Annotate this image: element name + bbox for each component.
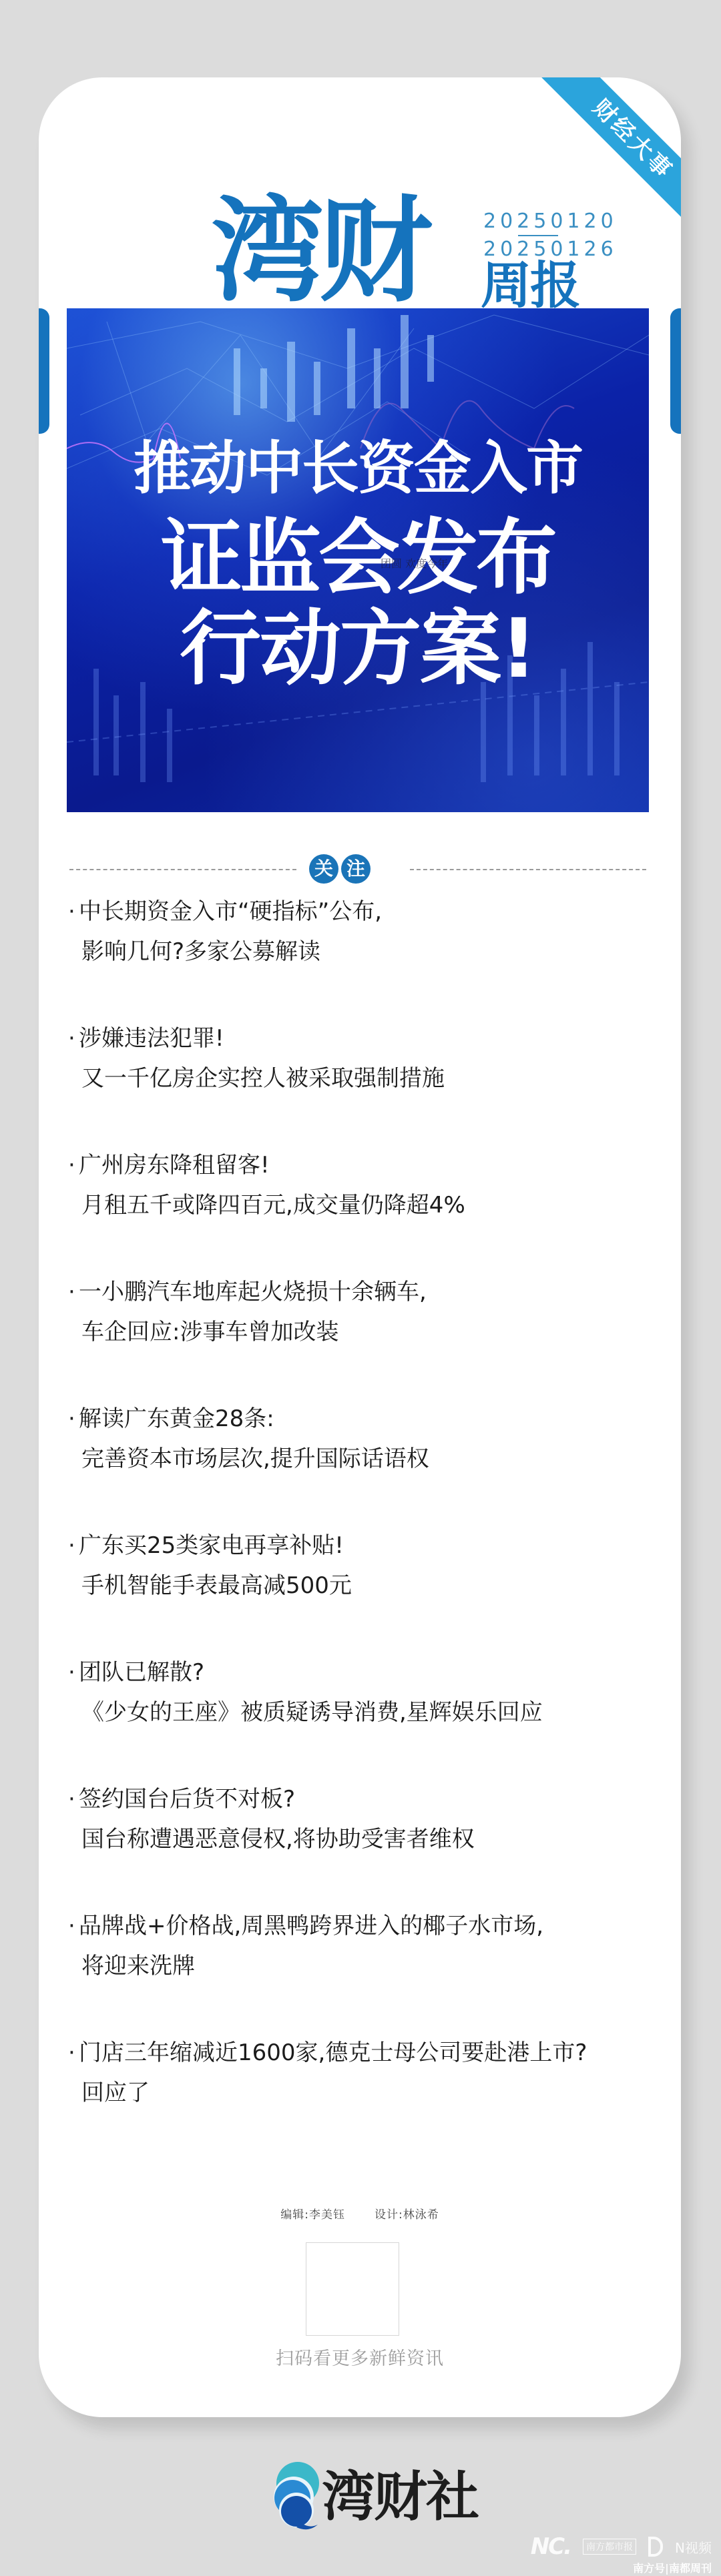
section-divider-right xyxy=(410,869,646,870)
bullet-dot-icon: · xyxy=(68,2035,75,2070)
section-badge-char: 关 xyxy=(309,854,338,884)
corner-ribbon: 财经大事 xyxy=(534,77,681,224)
nc-name: 南方都市报 xyxy=(583,2539,636,2555)
news-subline: 月租五千或降四百元,成交量仍降超4% xyxy=(81,1188,465,1223)
news-subline: 《少女的王座》被质疑诱导消费,星辉娱乐回应 xyxy=(81,1695,543,1730)
news-item[interactable]: · 广东买25类家电再享补贴! 手机智能手表最高减500元 xyxy=(68,1528,656,1655)
news-headline: 解读广东黄金28条: xyxy=(79,1401,274,1436)
news-headline: 广州房东降租留客! xyxy=(79,1148,270,1183)
section-divider-left xyxy=(69,869,296,870)
weekly-report-card: 财经大事 湾财 20250120 20250126 周报 xyxy=(39,77,681,2417)
nvideo-label: N视频 xyxy=(675,2537,712,2557)
news-item[interactable]: · 签约国台后货不对板? 国台称遭遇恶意侵权,将协助受害者维权 xyxy=(68,1782,656,1909)
bullet-dot-icon: · xyxy=(68,1021,75,1056)
designer-credit: 设计:林泳希 xyxy=(375,2208,439,2222)
bullet-dot-icon: · xyxy=(68,1401,75,1436)
news-subline: 完善资本市场层次,提升国际话语权 xyxy=(81,1441,429,1476)
news-subline: 手机智能手表最高减500元 xyxy=(81,1568,352,1603)
credits: 编辑:李美钰设计:林泳希 xyxy=(39,2205,681,2222)
news-headline: 广东买25类家电再享补贴! xyxy=(79,1528,344,1563)
news-subline: 又一千亿房企实控人被采取强制措施 xyxy=(81,1061,445,1096)
bullet-dot-icon: · xyxy=(68,1528,75,1563)
left-side-tab xyxy=(39,308,49,434)
headline-banner-image[interactable]: 推动中长资金入市 证监会发布 行动方案! 团圆 欢度今年 xyxy=(67,308,649,812)
sub-brands: 南方号|南都周刊 xyxy=(633,2560,712,2575)
news-subline: 将迎来洗牌 xyxy=(81,1949,195,1983)
banner-headline-line3: 行动方案! xyxy=(67,583,649,700)
editor-credit: 编辑:李美钰 xyxy=(280,2208,345,2222)
bullet-dot-icon: · xyxy=(68,1148,75,1183)
section-badge-char: 注 xyxy=(341,854,371,884)
bullet-dot-icon: · xyxy=(68,894,75,929)
news-item[interactable]: · 涉嫌违法犯罪! 又一千亿房企实控人被采取强制措施 xyxy=(68,1021,656,1148)
masthead-title: 湾财 xyxy=(211,195,427,308)
logo-text: 湾财社 xyxy=(322,2467,478,2527)
banner-watermark: 团圆 欢度今年 xyxy=(381,555,448,571)
date-start: 20250120 xyxy=(483,210,618,234)
news-item[interactable]: · 解读广东黄金28条: 完善资本市场层次,提升国际话语权 xyxy=(68,1401,656,1528)
date-separator xyxy=(518,235,558,236)
news-item[interactable]: · 团队已解散? 《少女的王座》被质疑诱导消费,星辉娱乐回应 xyxy=(68,1655,656,1782)
news-subline: 车企回应:涉事车曾加改装 xyxy=(81,1315,338,1349)
news-item[interactable]: · 门店三年缩减近1600家,德克士母公司要赴港上市? 回应了 xyxy=(68,2035,656,2162)
news-item[interactable]: · 一小鹏汽车地库起火烧损十余辆车, 车企回应:涉事车曾加改装 xyxy=(68,1275,656,1401)
bullet-dot-icon: · xyxy=(68,1782,75,1817)
ribbon-label: 财经大事 xyxy=(534,77,681,224)
news-headline: 中长期资金入市“硬指标”公布, xyxy=(79,894,382,929)
news-headline: 签约国台后货不对板? xyxy=(79,1782,295,1817)
bullet-dot-icon: · xyxy=(68,1909,75,1943)
news-headline: 门店三年缩减近1600家,德克士母公司要赴港上市? xyxy=(79,2035,587,2070)
news-headline: 团队已解散? xyxy=(79,1655,204,1690)
wave-logo-icon xyxy=(267,2459,320,2533)
bullet-dot-icon: · xyxy=(68,1655,75,1690)
masthead-subtitle: 周报 xyxy=(481,259,579,312)
qr-code-placeholder[interactable] xyxy=(306,2242,399,2336)
scan-prompt: 扫码看更多新鲜资讯 xyxy=(39,2344,681,2370)
news-list: · 中长期资金入市“硬指标”公布, 影响几何?多家公募解读 · 涉嫌违法犯罪! … xyxy=(68,894,656,2162)
wancaishe-logo: 湾财社 xyxy=(267,2459,467,2539)
news-subline: 回应了 xyxy=(81,2075,150,2110)
news-headline: 品牌战+价格战,周黑鸭跨界进入的椰子水市场, xyxy=(79,1909,543,1943)
news-headline: 涉嫌违法犯罪! xyxy=(79,1021,224,1056)
news-item[interactable]: · 广州房东降租留客! 月租五千或降四百元,成交量仍降超4% xyxy=(68,1148,656,1275)
partner-brands: NC. 南方都市报 N视频 xyxy=(531,2533,712,2560)
date-range: 20250120 20250126 xyxy=(483,210,618,262)
nvideo-play-icon xyxy=(648,2537,663,2557)
news-subline: 影响几何?多家公募解读 xyxy=(81,934,320,969)
news-headline: 一小鹏汽车地库起火烧损十余辆车, xyxy=(79,1275,427,1309)
news-item[interactable]: · 品牌战+价格战,周黑鸭跨界进入的椰子水市场, 将迎来洗牌 xyxy=(68,1909,656,2035)
news-subline: 国台称遭遇恶意侵权,将协助受害者维权 xyxy=(81,1822,475,1857)
news-item[interactable]: · 中长期资金入市“硬指标”公布, 影响几何?多家公募解读 xyxy=(68,894,656,1021)
bullet-dot-icon: · xyxy=(68,1275,75,1309)
nc-logo: NC. xyxy=(531,2533,571,2560)
right-side-tab xyxy=(670,308,681,434)
section-header-focus: 关 注 xyxy=(39,852,681,885)
